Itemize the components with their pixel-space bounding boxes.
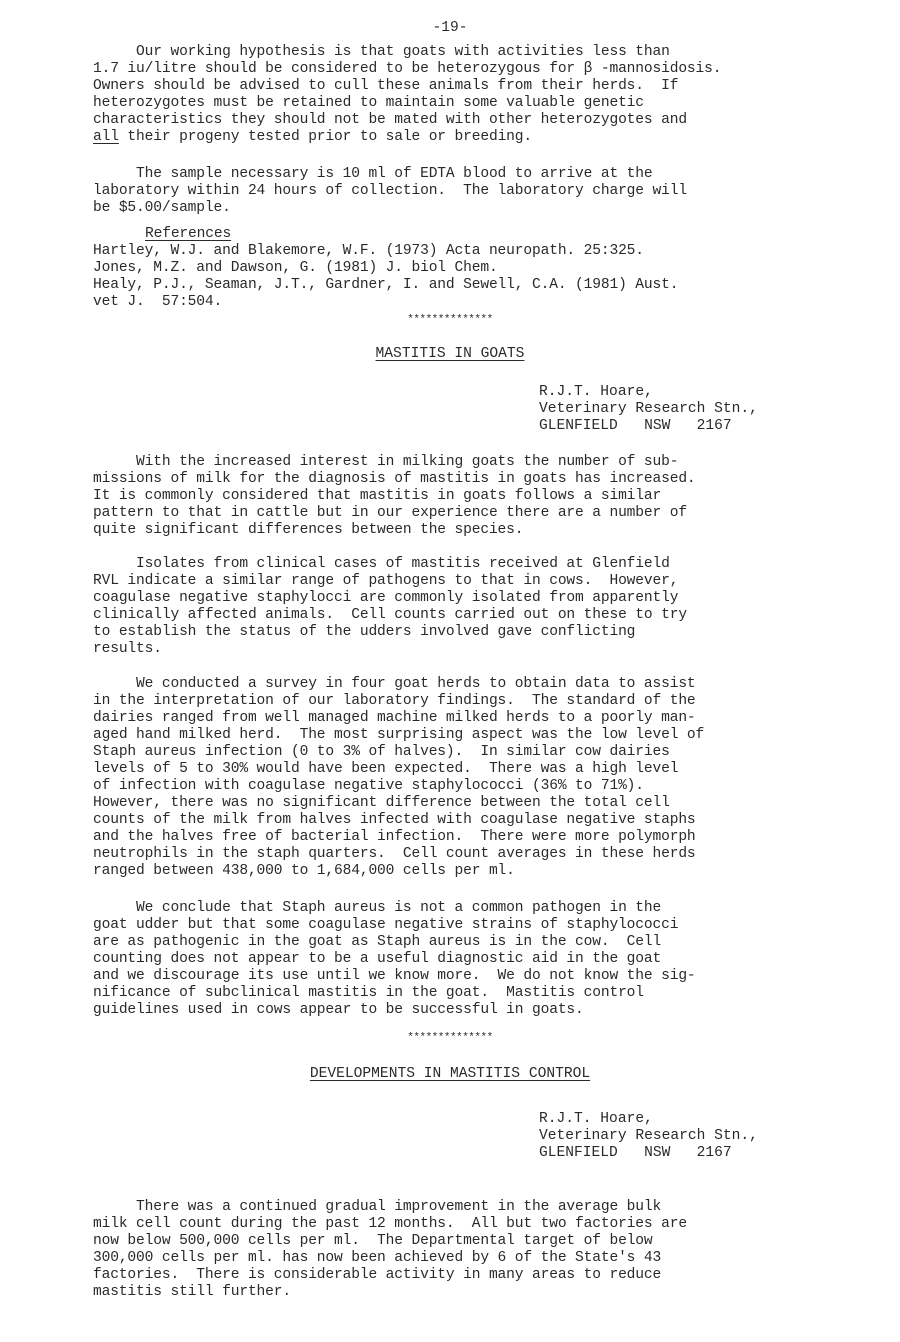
body-line: nificance of subclinical mastitis in the…	[93, 985, 644, 1001]
body-line: and the halves free of bacterial infecti…	[93, 829, 696, 845]
body-line: pattern to that in cattle but in our exp…	[93, 505, 687, 521]
body-line: guidelines used in cows appear to be suc…	[93, 1002, 584, 1018]
body-line: aged hand milked herd. The most surprisi…	[93, 727, 704, 743]
body-line: With the increased interest in milking g…	[93, 454, 678, 470]
separator: **************	[0, 1032, 900, 1044]
reference-item: Jones, M.Z. and Dawson, G. (1981) J. bio…	[93, 260, 498, 276]
body-line: levels of 5 to 30% would have been expec…	[93, 761, 678, 777]
body-line: missions of milk for the diagnosis of ma…	[93, 471, 696, 487]
body-line: results.	[93, 641, 162, 657]
body-line: milk cell count during the past 12 month…	[93, 1216, 687, 1232]
author-name: R.J.T. Hoare,	[539, 1111, 653, 1127]
body-line: to establish the status of the udders in…	[93, 624, 635, 640]
body-line: 1.7 iu/litre should be considered to be …	[93, 61, 721, 77]
body-line: We conducted a survey in four goat herds…	[93, 676, 696, 692]
body-line: neutrophils in the staph quarters. Cell …	[93, 846, 696, 862]
body-line: heterozygotes must be retained to mainta…	[93, 95, 644, 111]
body-line: factories. There is considerable activit…	[93, 1267, 661, 1283]
body-line: in the interpretation of our laboratory …	[93, 693, 696, 709]
body-line: dairies ranged from well managed machine…	[93, 710, 696, 726]
body-line: counts of the milk from halves infected …	[93, 812, 696, 828]
body-line: Our working hypothesis is that goats wit…	[93, 44, 670, 60]
body-line: It is commonly considered that mastitis …	[93, 488, 661, 504]
section-title: DEVELOPMENTS IN MASTITIS CONTROL	[0, 1066, 900, 1082]
author-name: R.J.T. Hoare,	[539, 384, 653, 400]
section-title-text: MASTITIS IN GOATS	[376, 346, 525, 362]
body-line: Owners should be advised to cull these a…	[93, 78, 678, 94]
body-line: quite significant differences between th…	[93, 522, 523, 538]
body-line: ranged between 438,000 to 1,684,000 cell…	[93, 863, 515, 879]
references-heading: References	[145, 226, 231, 242]
body-line: all their progeny tested prior to sale o…	[93, 129, 532, 145]
body-line: characteristics they should not be mated…	[93, 112, 687, 128]
author-location: GLENFIELD NSW 2167	[539, 418, 732, 434]
body-line: mastitis still further.	[93, 1284, 291, 1300]
body-line: are as pathogenic in the goat as Staph a…	[93, 934, 661, 950]
reference-item: vet J. 57:504.	[93, 294, 222, 310]
separator: **************	[0, 314, 900, 326]
body-line: be $5.00/sample.	[93, 200, 231, 216]
body-line: laboratory within 24 hours of collection…	[93, 183, 687, 199]
body-line: clinically affected animals. Cell counts…	[93, 607, 687, 623]
body-line: The sample necessary is 10 ml of EDTA bl…	[93, 166, 653, 182]
body-line: goat udder but that some coagulase negat…	[93, 917, 678, 933]
emphasis-underlined: all	[93, 129, 119, 145]
reference-item: Hartley, W.J. and Blakemore, W.F. (1973)…	[93, 243, 644, 259]
body-line: and we discourage its use until we know …	[93, 968, 696, 984]
author-institution: Veterinary Research Stn.,	[539, 401, 758, 417]
body-text: their progeny tested prior to sale or br…	[119, 129, 532, 145]
body-line: However, there was no significant differ…	[93, 795, 670, 811]
page-number: -19-	[0, 20, 900, 36]
body-line: We conclude that Staph aureus is not a c…	[93, 900, 661, 916]
author-institution: Veterinary Research Stn.,	[539, 1128, 758, 1144]
author-location: GLENFIELD NSW 2167	[539, 1145, 732, 1161]
body-line: Isolates from clinical cases of mastitis…	[93, 556, 670, 572]
body-line: now below 500,000 cells per ml. The Depa…	[93, 1233, 653, 1249]
body-line: coagulase negative staphylocci are commo…	[93, 590, 678, 606]
references-heading-text: References	[145, 226, 231, 242]
body-line: RVL indicate a similar range of pathogen…	[93, 573, 678, 589]
body-line: counting does not appear to be a useful …	[93, 951, 661, 967]
body-line: 300,000 cells per ml. has now been achie…	[93, 1250, 661, 1266]
body-line: There was a continued gradual improvemen…	[93, 1199, 661, 1215]
section-title-text: DEVELOPMENTS IN MASTITIS CONTROL	[310, 1066, 590, 1082]
reference-item: Healy, P.J., Seaman, J.T., Gardner, I. a…	[93, 277, 678, 293]
section-title: MASTITIS IN GOATS	[0, 346, 900, 362]
body-line: Staph aureus infection (0 to 3% of halve…	[93, 744, 670, 760]
body-line: of infection with coagulase negative sta…	[93, 778, 644, 794]
document-page: -19- Our working hypothesis is that goat…	[0, 0, 900, 1342]
